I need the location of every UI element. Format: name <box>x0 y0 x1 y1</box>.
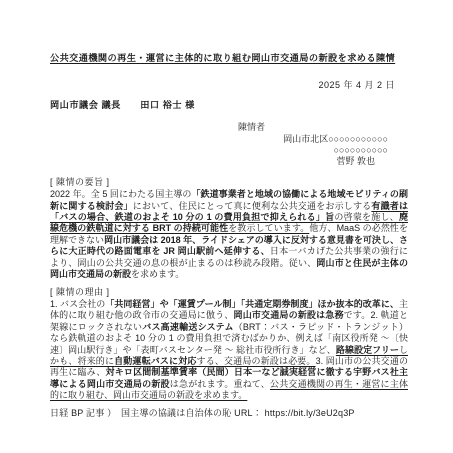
petitioner-address-line1: 岡山市北区○○○○○○○○○○○ <box>238 134 388 145</box>
addressee-line: 岡山市議会 議長 田口 裕士 様 <box>50 100 408 111</box>
petition-document-page: 公共交通機関の再生・運営に主体的に取り組む岡山市交通局の新設を求める陳情 202… <box>0 0 453 453</box>
summary-paragraph: 2022 年。全 5 回にわたる国主導の「鉄道事業者と地域の協働による地域モビリ… <box>50 189 408 280</box>
source-note-line: 日経 BP 記事 ） 国主導の協議は自治体の恥 URL： https://bit… <box>50 408 408 419</box>
document-content: 公共交通機関の再生・運営に主体的に取り組む岡山市交通局の新設を求める陳情 202… <box>50 53 408 419</box>
petitioner-label: 陳情者 <box>238 122 388 133</box>
petitioner-block: 陳情者 岡山市北区○○○○○○○○○○○ ○○○○○○○○○○ 菅野 敦也 <box>238 122 388 168</box>
petition-url-link[interactable]: https://bit.ly/3eU2q3P <box>265 408 355 418</box>
summary-section-heading: [ 陳情の要旨 ] <box>50 177 408 188</box>
source-note-label: 日経 BP 記事 ） 国主導の協議は自治体の恥 URL： <box>50 408 265 418</box>
petitioner-address-line2: ○○○○○○○○○○ <box>238 145 388 156</box>
document-title: 公共交通機関の再生・運営に主体的に取り組む岡山市交通局の新設を求める陳情 <box>50 53 408 64</box>
petitioner-name: 菅野 敦也 <box>238 156 388 167</box>
document-date: 2025 年 4 月 2 日 <box>50 80 408 91</box>
reasons-paragraph: 1. バス会社の「共同経営」や「運賃プール制」「共通定期券制度」ほか抜本的改革に… <box>50 299 408 402</box>
reasons-section-heading: [ 陳情の理由 ] <box>50 287 408 298</box>
